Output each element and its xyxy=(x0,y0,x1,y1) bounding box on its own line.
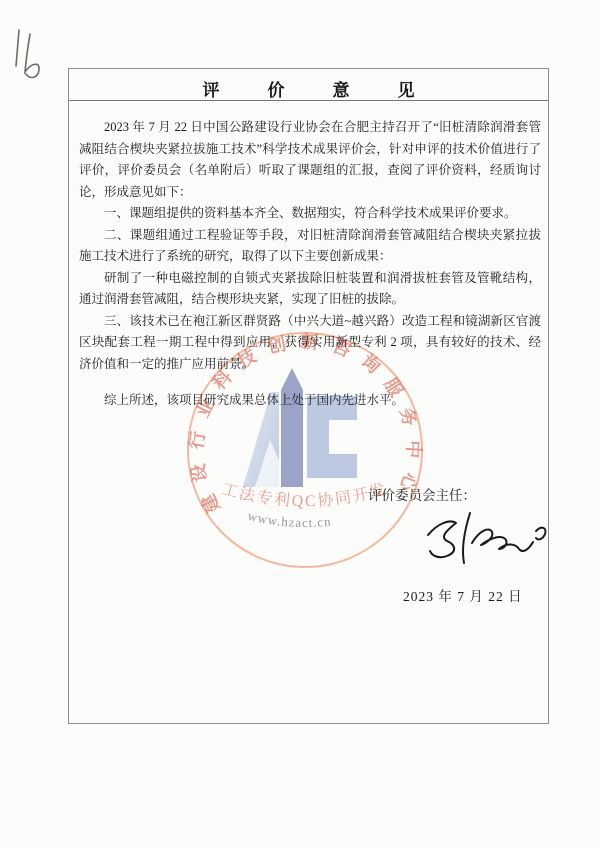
page-title: 评价意见 xyxy=(203,69,463,101)
handwritten-page-mark xyxy=(5,22,50,82)
paragraph-conclusion: 综上所述，该项目研究成果总体上处于国内先进水平。 xyxy=(79,390,541,412)
paragraph-item-3: 三、该技术已在袍江新区群贤路（中兴大道~越兴路）改造工程和镜湖新区官渡区块配套工… xyxy=(79,311,541,376)
paragraph-intro: 2023 年 7 月 22 日中国公路建设行业协会在合肥主持召开了“旧桩清除润滑… xyxy=(79,117,541,203)
date: 2023 年 7 月 22 日 xyxy=(403,585,523,605)
paragraph-item-2: 二、课题组通过工程验证等手段，对旧桩清除润滑套管减阻结合楔块夹紧拉拔施工技术进行… xyxy=(79,225,541,268)
paragraph-item-1: 一、课题组提供的资料基本齐全、数据翔实，符合科学技术成果评价要求。 xyxy=(79,203,541,225)
evaluation-opinion-box: 评价意见 2023 年 7 月 22 日中国公路建设行业协会在合肥主持召开了“旧… xyxy=(68,68,549,724)
signature-label: 评价委员会主任： xyxy=(368,484,476,504)
title-bar: 评价意见 xyxy=(69,69,548,101)
document-body: 2023 年 7 月 22 日中国公路建设行业协会在合肥主持召开了“旧桩清除润滑… xyxy=(79,117,541,412)
paragraph-innovation: 研制了一种电磁控制的自锁式夹紧拔除旧桩装置和润滑拔桩套管及管靴结构，通过润滑套管… xyxy=(79,268,541,311)
handwritten-signature xyxy=(418,505,553,575)
scanned-document-page: 建设行业科技创新咨询服务中心 工法专利QC协同开发 www.hzact.cn 评… xyxy=(0,0,600,847)
